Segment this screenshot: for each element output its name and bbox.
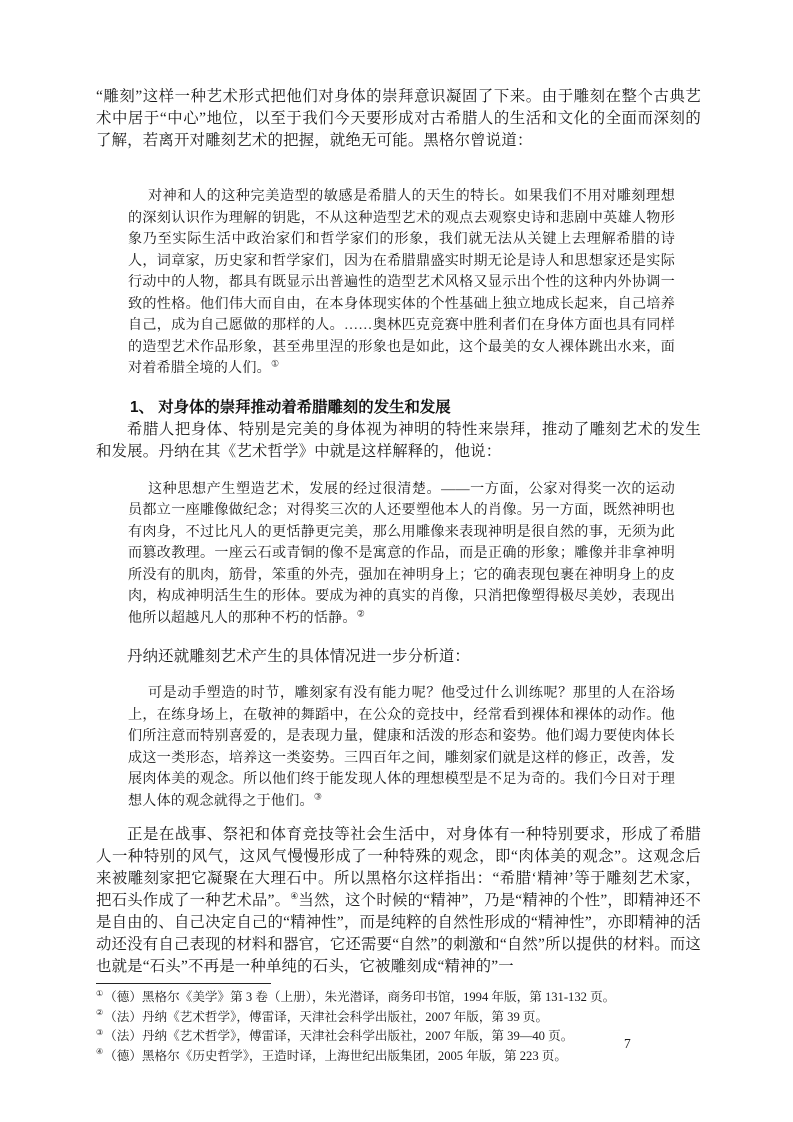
footnote-item: ④（德）黑格尔《历史哲学》，王造时译，上海世纪出版集团，2005 年版，第 22… bbox=[96, 1047, 701, 1067]
footnote-ref-1: ① bbox=[271, 358, 279, 368]
document-page: “雕刻”这样一种艺术形式把他们对身体的崇拜意识凝固了下来。由于雕刻在整个古典艺术… bbox=[0, 0, 793, 1122]
footnote-ref-2: ② bbox=[357, 608, 365, 618]
paragraph-analysis: 正是在战事、祭祀和体育竞技等社会生活中，对身体有一种特别要求，形成了希腊人一种特… bbox=[96, 824, 701, 978]
quote-text: 这种思想产生塑造艺术，发展的经过很清楚。——一方面，公家对得奖一次的运动员都立一… bbox=[128, 481, 675, 626]
footnote-text: （法）丹纳《艺术哲学》，傅雷译，天津社会科学出版社，2007 年版，第 39 页… bbox=[104, 1010, 548, 1024]
block-quote-taine-1: 这种思想产生塑造艺术，发展的经过很清楚。——一方面，公家对得奖一次的运动员都立一… bbox=[128, 479, 675, 630]
footnote-item: ③（法）丹纳《艺术哲学》，傅雷译，天津社会科学出版社，2007 年版，第 39—… bbox=[96, 1027, 701, 1047]
footnote-ref-3: ③ bbox=[314, 791, 322, 801]
footnote-item: ②（法）丹纳《艺术哲学》，傅雷译，天津社会科学出版社，2007 年版，第 39 … bbox=[96, 1008, 701, 1028]
footnote-list: ①（德）黑格尔《美学》第 3 卷（上册），朱光潜译，商务印书馆，1994 年版，… bbox=[96, 988, 701, 1066]
quote-text: 可是动手塑造的时节，雕刻家有没有能力呢？他受过什么训练呢？那里的人在浴场上，在练… bbox=[128, 685, 675, 809]
footnote-marker: ③ bbox=[96, 1028, 103, 1037]
section-heading: 1、 对身体的崇拜推动着希腊雕刻的发生和发展 bbox=[130, 397, 701, 419]
block-quote-hegel-aesthetics: 对神和人的这种完美造型的敏感是希腊人的天生的特长。如果我们不用对雕刻理想的深刻认… bbox=[128, 186, 675, 380]
footnote-text: （德）黑格尔《美学》第 3 卷（上册），朱光潜译，商务印书馆，1994 年版，第… bbox=[104, 990, 615, 1004]
paragraph-taine-lead: 丹纳还就雕刻艺术产生的具体情况进一步分析道： bbox=[96, 646, 701, 668]
page-number: 7 bbox=[624, 1036, 631, 1052]
footnote-marker: ② bbox=[96, 1008, 103, 1017]
footnote-divider bbox=[96, 983, 271, 984]
footnote-text: （德）黑格尔《历史哲学》，王造时译，上海世纪出版集团，2005 年版，第 223… bbox=[104, 1049, 567, 1063]
paragraph-opening: “雕刻”这样一种艺术形式把他们对身体的崇拜意识凝固了下来。由于雕刻在整个古典艺术… bbox=[96, 86, 701, 152]
footnote-marker: ④ bbox=[96, 1047, 103, 1056]
block-quote-taine-2: 可是动手塑造的时节，雕刻家有没有能力呢？他受过什么训练呢？那里的人在浴场上，在练… bbox=[128, 683, 675, 812]
footnote-marker: ① bbox=[96, 989, 103, 998]
quote-text: 对神和人的这种完美造型的敏感是希腊人的天生的特长。如果我们不用对雕刻理想的深刻认… bbox=[128, 188, 675, 376]
footnote-item: ①（德）黑格尔《美学》第 3 卷（上册），朱光潜译，商务印书馆，1994 年版，… bbox=[96, 988, 701, 1008]
paragraph-greek-worship: 希腊人把身体、特别是完美的身体视为神明的特性来崇拜，推动了雕刻艺术的发生和发展。… bbox=[96, 419, 701, 463]
footnote-text: （法）丹纳《艺术哲学》，傅雷译，天津社会科学出版社，2007 年版，第 39—4… bbox=[104, 1029, 573, 1043]
